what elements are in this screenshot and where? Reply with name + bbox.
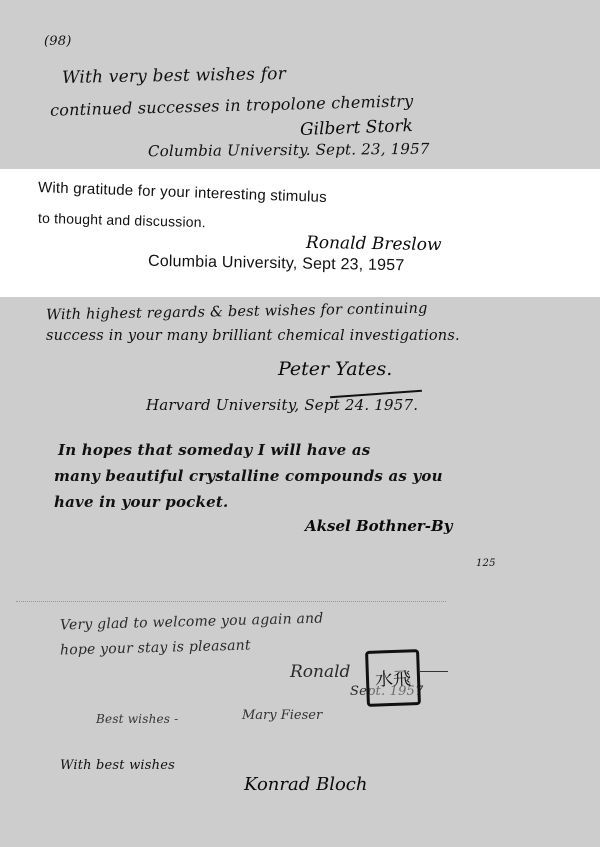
page-label: (98) [44,34,72,49]
entry-6-line-1: Best wishes - [96,712,178,726]
faint-divider [16,601,446,602]
entry-5-line-1: Very glad to welcome you again and [60,611,324,634]
entry-1-line-1: With very best wishes for [62,64,286,88]
entry-4-line-3: have in your pocket. [54,493,228,511]
stamp-stroke [420,671,448,672]
entry-3-line-1: With highest regards & best wishes for c… [46,301,428,324]
entry-3-signature: Peter Yates. [278,358,392,380]
entry-5-signature: Ronald [290,662,350,682]
entry-1-signature: Gilbert Stork [300,116,414,140]
entry-4-line-1: In hopes that someday I will have as [58,441,370,459]
seal-stamp-icon: 水飛 [365,649,421,707]
entry-4-signature: Aksel Bothner-By [305,517,452,535]
entry-3-line-2: success in your many brilliant chemical … [46,328,460,344]
entry-5-line-2: hope your stay is pleasant [60,638,251,659]
page-number: 125 [476,558,496,569]
entry-3-affiliation: Harvard University, Sept 24. 1957. [146,396,418,414]
stamp-glyph: 水飛 [375,664,412,691]
entry-2-signature: Ronald Breslow [306,233,442,255]
entry-1-line-2: continued successes in tropolone chemist… [50,91,414,120]
autograph-page: (98) With very best wishes for continued… [0,0,600,847]
entry-1-affiliation: Columbia University. Sept. 23, 1957 [148,140,430,160]
entry-7-signature: Konrad Bloch [244,774,367,795]
entry-4-line-2: many beautiful crystalline compounds as … [54,467,443,485]
entry-7-line-1: With best wishes [60,758,175,773]
entry-6-signature: Mary Fieser [242,708,322,723]
